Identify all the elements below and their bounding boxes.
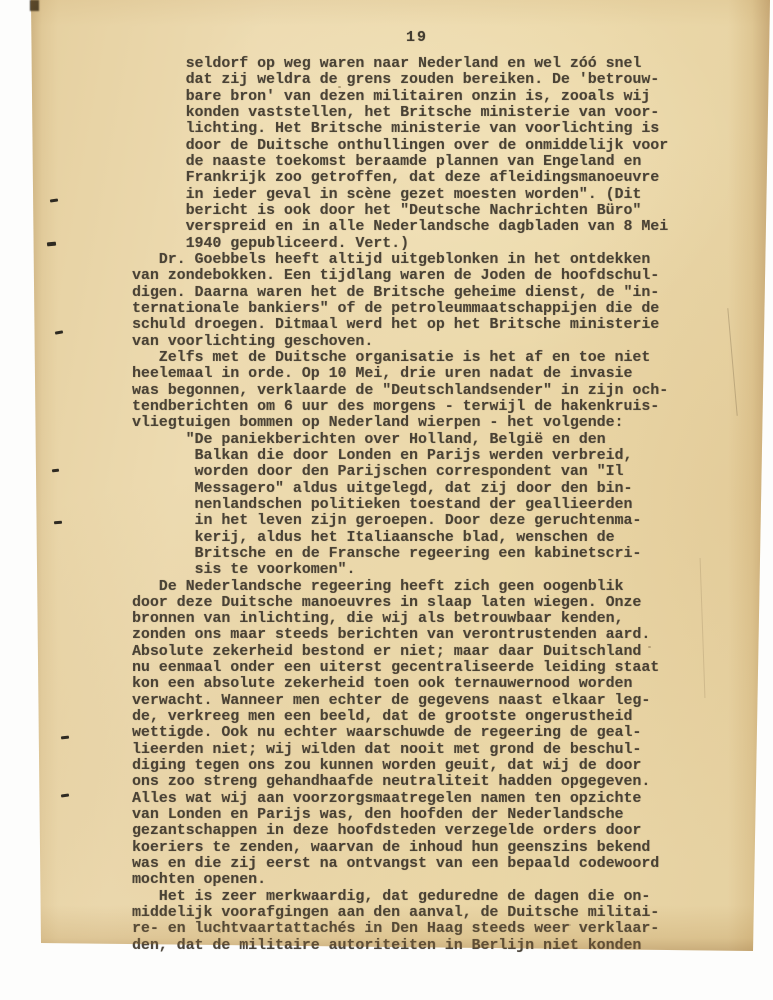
scan-background: 19 seldorf op weg waren naar Nederland e… (0, 0, 773, 1000)
body-text: seldorf op weg waren naar Nederland en w… (132, 56, 668, 954)
page-number: 19 (406, 29, 428, 46)
dust-speck (338, 86, 341, 88)
margin-mark (47, 242, 56, 247)
margin-mark (54, 521, 62, 525)
paper-edge-shadow (30, 0, 39, 11)
